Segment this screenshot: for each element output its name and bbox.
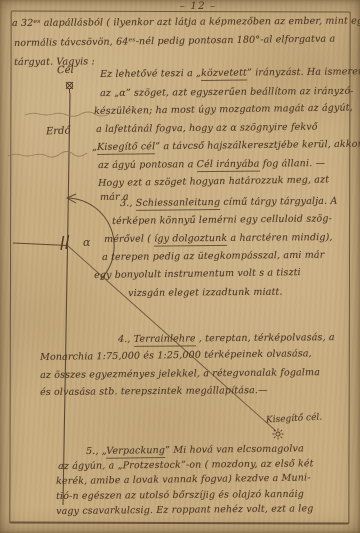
text-segment: Verpackung — [106, 445, 165, 458]
handwritten-line: térképen könnyű lemérni egy celluloid sz… — [112, 213, 332, 227]
angle-arc-arrowhead-icon — [67, 194, 76, 203]
handwritten-line: 3., Schiessanleitung című tárgy tárgyalj… — [120, 196, 338, 209]
text-segment: a 32ᵉˢ alapállásból ( ilyenkor azt látja… — [12, 16, 360, 29]
text-segment: így dolgoztunk — [154, 233, 227, 246]
text-segment: Terrainlehre — [134, 333, 196, 346]
text-segment: fog állani. — — [259, 158, 325, 170]
handwritten-line: vizsgán eleget izzadtunk miatt. — [128, 287, 283, 299]
handwritten-line: Monarchia 1:75,000 és 1:25,000 térképein… — [40, 348, 312, 363]
text-segment: egy bonyolult instrumentum volt s a tisz… — [94, 267, 301, 281]
handwritten-line: Ez lehetővé teszi a „közvetett” irányzás… — [100, 66, 360, 80]
handwritten-line: mérővel ( így dolgoztunk a harctéren min… — [104, 232, 333, 245]
text-segment: című tárgy tárgyalja. A — [220, 196, 337, 208]
text-segment: kerék, amibe a lovak vannak fogva) kezdv… — [56, 472, 311, 487]
forest-label: Erdő — [46, 126, 71, 138]
text-segment: az „α” szöget, azt egyszerűen beállítom … — [100, 86, 354, 99]
text-segment: az ágyún, a „Protzestock”-on ( mozdony, … — [58, 458, 314, 472]
target-direction-line — [63, 93, 70, 505]
auxiliary-target-label: Kisegítő cél. — [266, 413, 323, 426]
handwritten-line: normális távcsövön, 64ᵉˢ-nél pedig ponto… — [14, 34, 335, 49]
text-segment: a harctéren mindig), — [227, 232, 332, 244]
text-segment: , tereptan, térképolvasás, a — [196, 332, 335, 344]
text-segment: Kisegítő cél — [97, 141, 155, 154]
handwritten-line: a 32ᵉˢ alapállásból ( ilyenkor azt látja… — [12, 16, 360, 29]
handwritten-line: Hogy ezt a szöget hogyan határozzuk meg,… — [98, 174, 329, 189]
text-segment: Monarchia 1:75,000 és 1:25,000 térképein… — [40, 348, 312, 363]
text-segment: vizsgán eleget izzadtunk miatt. — [128, 287, 283, 299]
handwritten-line: és olvasása stb. terepszintek megállapít… — [40, 385, 268, 398]
text-segment: Hogy ezt a szöget hogyan határozzuk meg,… — [98, 174, 329, 189]
handwritten-line: a terepen pedig az ütegkompásszal, ami m… — [102, 250, 324, 263]
text-segment: tárgyat. Vagyis : — [14, 56, 95, 68]
handwritten-line: tárgyat. Vagyis : — [14, 56, 95, 68]
handwritten-line: az ágyú pontosan a Cél irányába fog álla… — [98, 158, 325, 171]
scanned-manuscript-page: – 12 – α Cél Erdő Kisegítő cél. a — [0, 0, 360, 533]
handwritten-line: a lafettánál fogva, hogy az α szögnyire … — [96, 122, 318, 135]
target-flag-icon — [66, 82, 73, 93]
gun-position-ticks — [61, 235, 69, 250]
text-segment: és olvasása stb. terepszintek megállapít… — [40, 385, 268, 398]
page-number: – 12 – — [168, 0, 228, 12]
text-segment: vagy csavarkulcsig. Ez roppant nehéz vol… — [56, 503, 313, 517]
handwritten-line: kerék, amibe a lovak vannak fogva) kezdv… — [56, 472, 311, 487]
text-segment: készüléken; ha most úgy mozgatom magát a… — [94, 102, 353, 117]
text-segment: 5., „ — [86, 446, 106, 457]
handwritten-line: „Kisegítő cél” a távcső hajszálkeresztjé… — [92, 139, 360, 153]
handwritten-line: 4., Terrainlehre , tereptan, térképolvas… — [118, 332, 335, 345]
text-segment: Schiessanleitung — [136, 197, 221, 210]
text-segment: ” irányzást. Ha ismerem — [247, 66, 360, 78]
text-segment: a lafettánál fogva, hogy az α szögnyire … — [96, 122, 318, 135]
text-segment: Cél irányába — [197, 159, 260, 172]
handwritten-line: tió-n egészen az utolsó bőrszíjig és ola… — [56, 489, 304, 502]
text-segment: az ágyú pontosan a — [98, 159, 197, 171]
text-segment: 4., — [118, 334, 134, 345]
handwritten-line: az ágyún, a „Protzestock”-on ( mozdony, … — [58, 458, 314, 472]
forest-wavy-line-bottom — [8, 152, 87, 158]
text-segment: Ez lehetővé teszi a „ — [100, 68, 201, 80]
handwritten-line: az „α” szöget, azt egyszerűen beállítom … — [100, 86, 354, 99]
text-segment: mérővel ( — [104, 234, 154, 245]
text-segment: az összes egyezményes jelekkel, a rétegv… — [40, 367, 320, 381]
handwritten-line: egy bonyolult instrumentum volt s a tisz… — [94, 267, 301, 281]
text-segment: tió-n egészen az utolsó bőrszíjig és ola… — [56, 489, 304, 502]
text-segment: normális távcsövön, 64ᵉˢ-nél pedig ponto… — [14, 34, 335, 49]
text-segment: a terepen pedig az ütegkompásszal, ami m… — [102, 250, 324, 263]
text-segment: ” Mi hová van elcsomagolva — [165, 443, 304, 456]
auxiliary-target-star-icon — [273, 429, 284, 440]
text-segment: közvetett — [201, 67, 247, 80]
handwritten-line: vagy csavarkulcsig. Ez roppant nehéz vol… — [56, 503, 313, 517]
angle-alpha-label: α — [83, 236, 91, 249]
baseline-horizontal — [13, 243, 68, 246]
text-segment: 3., — [120, 198, 136, 209]
handwritten-line: 5., „Verpackung” Mi hová van elcsomagolv… — [86, 443, 304, 457]
handwritten-line: az összes egyezményes jelekkel, a rétegv… — [40, 367, 320, 381]
handwritten-line: készüléken; ha most úgy mozgatom magát a… — [94, 102, 353, 117]
text-segment: térképen könnyű lemérni egy celluloid sz… — [112, 213, 332, 227]
text-segment: ” a távcső hajszálkeresztjébe kerül, akk… — [155, 139, 360, 153]
